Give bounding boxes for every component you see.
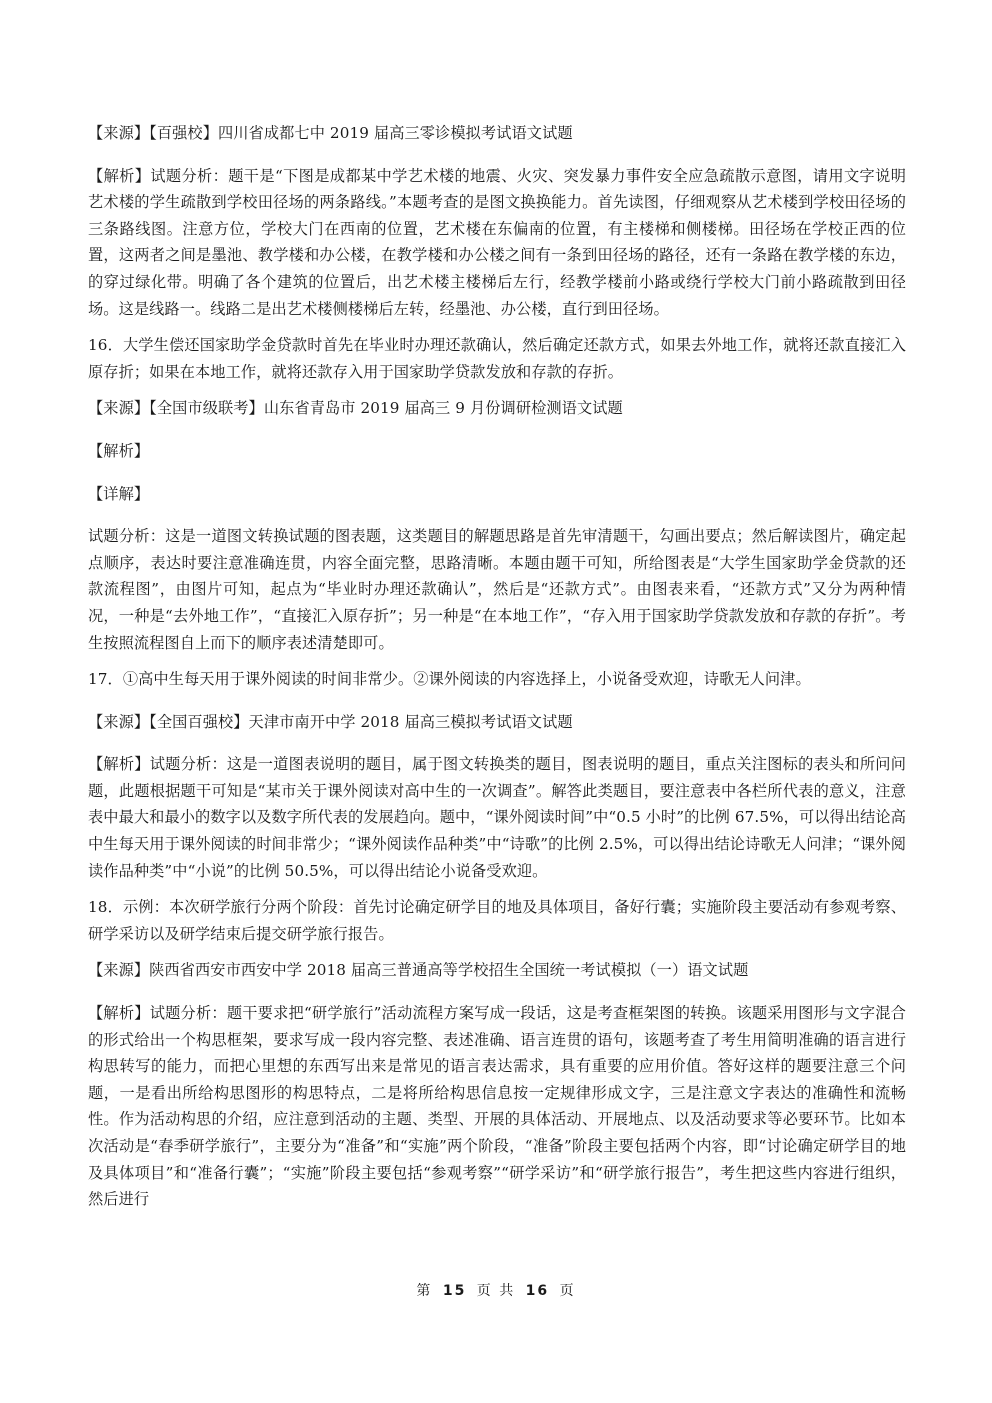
footer-suffix: 页 [560,1283,576,1299]
total-pages-number: 16 [526,1283,549,1299]
footer-prefix: 第 [416,1283,432,1299]
source-line-17: 【来源】【全国百强校】天津市南开中学 2018 届高三模拟考试语文试题 [88,709,906,736]
source-line-16: 【来源】【全国市级联考】山东省青岛市 2019 届高三 9 月份调研检测语文试题 [88,395,906,422]
page-footer: 第 15 页 共 16 页 [0,1280,992,1300]
document-body: 【来源】【百强校】四川省成都七中 2019 届高三零诊模拟考试语文试题 【解析】… [88,120,906,1223]
current-page-number: 15 [443,1283,466,1299]
analysis-18: 【解析】试题分析：题干要求把“研学旅行”活动流程方案写成一段话，这是考查框架图的… [88,1000,906,1213]
analysis-heading-16: 【解析】 [88,438,906,465]
analysis-17: 【解析】试题分析：这是一道图表说明的题目，属于图文转换类的题目，图表说明的题目，… [88,751,906,884]
analysis-16: 试题分析：这是一道图文转换试题的图表题，这类题目的解题思路是首先审清题干，勾画出… [88,523,906,656]
source-line-15: 【来源】【百强校】四川省成都七中 2019 届高三零诊模拟考试语文试题 [88,120,906,147]
source-line-18: 【来源】陕西省西安市西安中学 2018 届高三普通高等学校招生全国统一考试模拟（… [88,957,906,984]
analysis-15: 【解析】试题分析：题干是“下图是成都某中学艺术楼的地震、火灾、突发暴力事件安全应… [88,163,906,323]
detail-heading-16: 【详解】 [88,481,906,508]
answer-16: 16．大学生偿还国家助学金贷款时首先在毕业时办理还款确认，然后确定还款方式，如果… [88,332,906,385]
answer-17: 17．①高中生每天用于课外阅读的时间非常少。②课外阅读的内容选择上，小说备受欢迎… [88,666,906,693]
footer-middle: 页 共 [477,1283,515,1299]
answer-18: 18．示例：本次研学旅行分两个阶段：首先讨论确定研学目的地及具体项目，备好行囊；… [88,894,906,947]
